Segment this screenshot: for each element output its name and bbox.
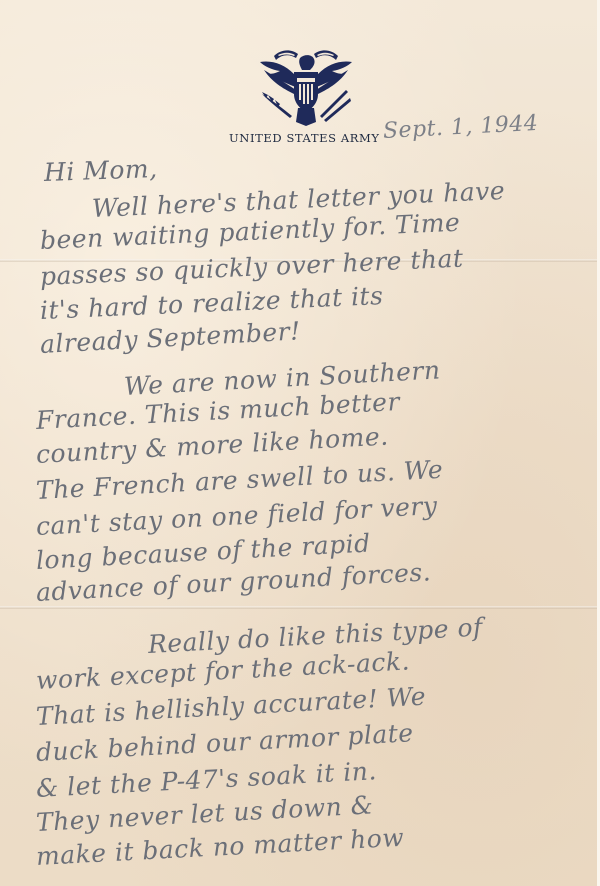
eagle-crest-icon — [254, 44, 358, 128]
salutation: Hi Mom, — [43, 154, 157, 187]
fold-line — [0, 606, 600, 609]
letterhead-organization: UNITED STATES ARMY — [229, 131, 380, 145]
